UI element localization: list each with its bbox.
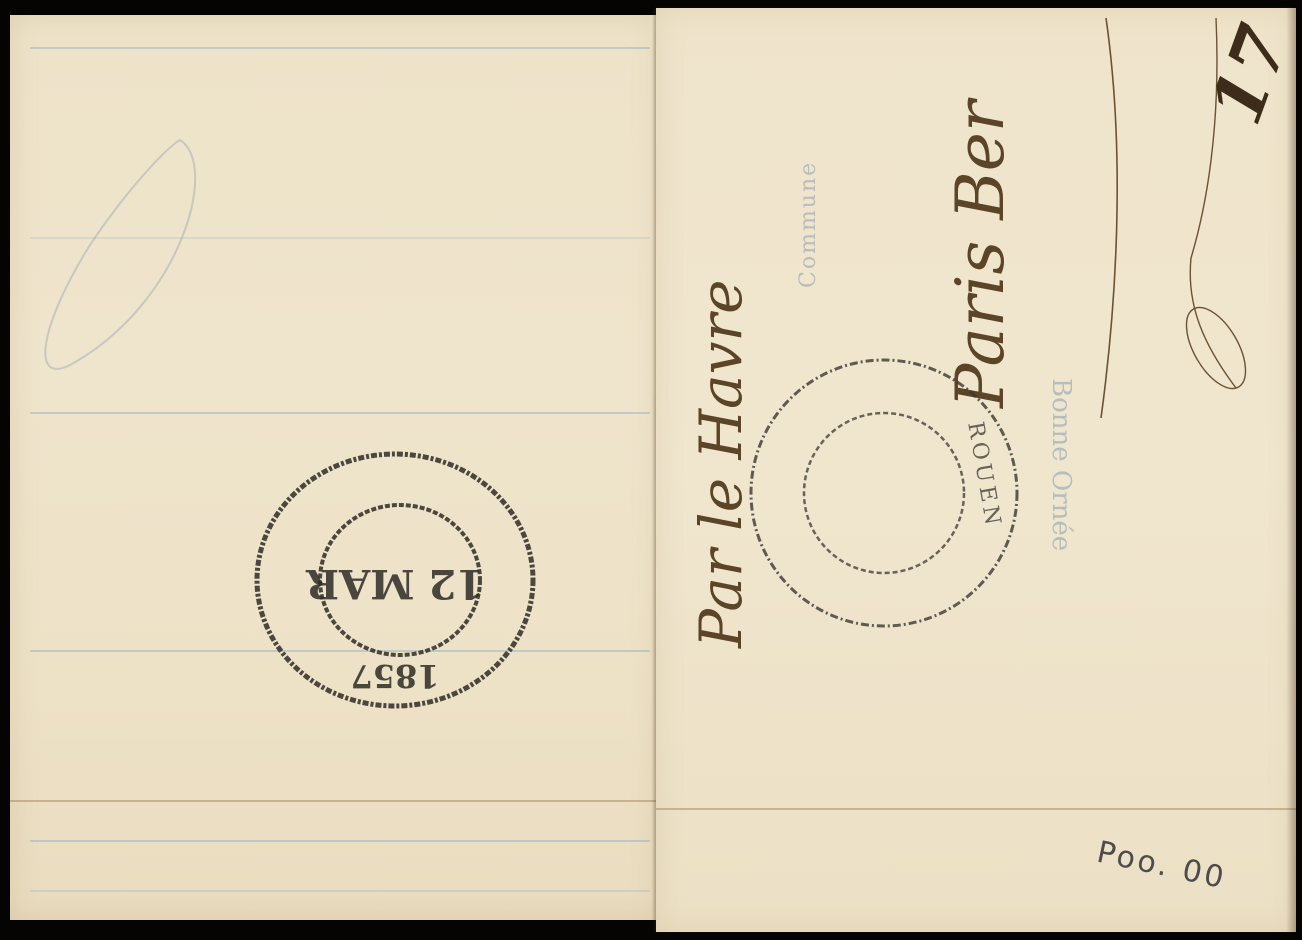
ruled-line bbox=[30, 890, 650, 892]
fold-line bbox=[656, 808, 1296, 810]
cover-back-left-panel: 1857 12 MAR bbox=[10, 15, 660, 920]
faint-blue-handstamp: Bonne Ornée bbox=[1036, 378, 1076, 638]
faint-letterhead-text: Commune bbox=[796, 48, 856, 288]
postmark-town: ROUEN bbox=[962, 420, 1005, 531]
postmark-date: 12 MAR bbox=[305, 560, 484, 607]
postmark-year: 1857 bbox=[350, 657, 439, 695]
pencil-price-note: Poo. 00 bbox=[1094, 835, 1230, 897]
pencil-loop-mark bbox=[30, 125, 230, 385]
fold-line bbox=[10, 800, 660, 802]
right-postmark: ROUEN bbox=[744, 353, 1024, 633]
cover-back-right-panel: Commune Bonne Ornée Par le Havre Paris B… bbox=[656, 8, 1296, 932]
left-postmark: 1857 12 MAR bbox=[250, 440, 540, 730]
right-edge-shadow bbox=[1286, 8, 1296, 932]
ruled-line bbox=[30, 412, 650, 414]
ruled-line bbox=[30, 47, 650, 49]
ruled-line bbox=[30, 840, 650, 842]
